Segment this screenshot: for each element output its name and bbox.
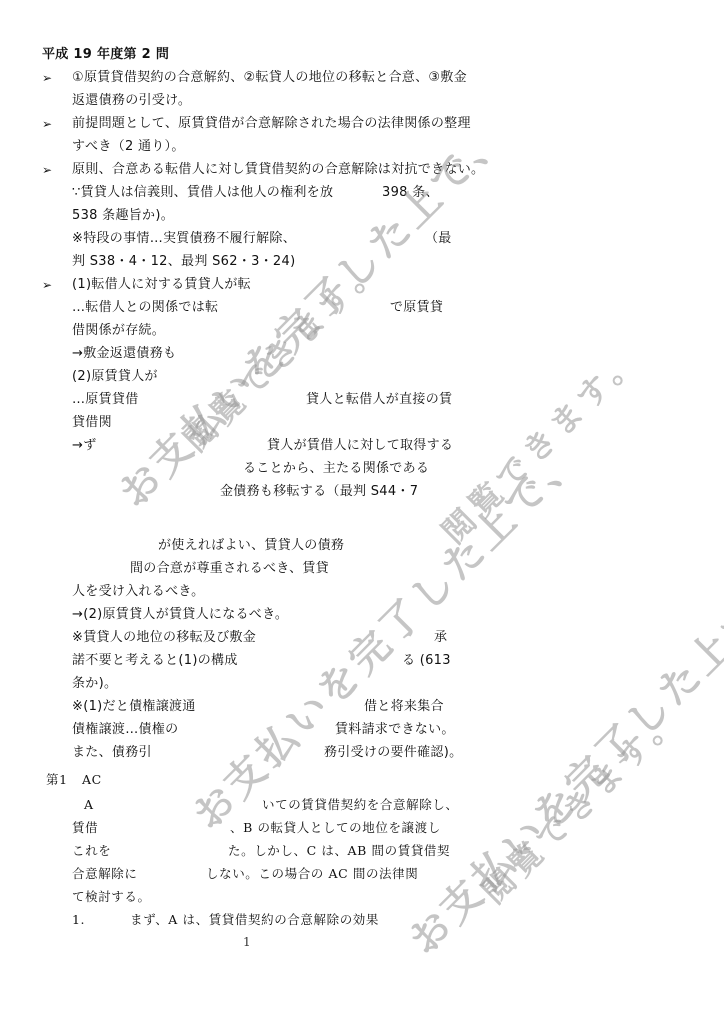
paragraph-line-right: しない。この場合の AC 間の法律関 (206, 866, 418, 882)
text-line: 前提問題として、原賃貸借が合意解除された場合の法律関係の整理 (72, 116, 471, 132)
text-line-right: 間の合意が尊重されるべき、賃貸 (130, 561, 329, 577)
bullet-icon: ➢ (42, 71, 52, 85)
text-line-right: 務引受けの要件確認)。 (324, 745, 462, 761)
watermark-line2: 閲覧できます。 (430, 334, 649, 553)
text-line: 判 S38・4・12、最判 S62・3・24) (72, 254, 295, 270)
text-line: …転借人との関係では転 (72, 300, 218, 316)
paragraph-line: A (84, 797, 94, 813)
text-line: ※賃貸人の地位の移転及び敷金 (72, 630, 256, 646)
text-line-right: 金債務も移転する（最判 S44・7 (220, 484, 418, 500)
bullet-icon: ➢ (42, 278, 52, 292)
text-line: 538 条趣旨か)。 (72, 208, 174, 224)
text-line: 借関係が存続。 (72, 323, 165, 339)
text-line: 返還債務の引受け。 (72, 93, 191, 109)
text-line: ∵賃貸人は信義則、賃借人は他人の権利を放 (72, 185, 333, 201)
page-number: 1 (243, 935, 251, 949)
text-line: ※(1)だと債権譲渡通 (72, 699, 196, 715)
document-page: 平成 19 年度第 2 問 ➢ ①原賃貸借契約の合意解約、②転貸人の地位の移転と… (0, 0, 724, 1024)
text-line: (2)原賃貸人が (72, 369, 158, 385)
text-line-right: る (613 (402, 653, 451, 669)
text-line: 債権譲渡…債権の (72, 722, 178, 738)
text-line-right: 承 (434, 630, 447, 646)
text-line: →ず (72, 438, 97, 454)
paragraph-line-right: 、B の転貸人としての地位を譲渡し (230, 820, 441, 836)
text-line: また、債務引 (72, 745, 152, 761)
paragraph-line: 賃借 (72, 820, 98, 836)
paragraph-line: て検討する。 (72, 889, 151, 905)
text-line-right: が使えればよい、賃貸人の債務 (158, 538, 344, 554)
text-line: 原則、合意ある転借人に対し賃貸借契約の合意解除は対抗できない。 (72, 162, 484, 178)
section-number: 第1 (46, 772, 68, 788)
bullet-icon: ➢ (42, 163, 52, 177)
text-line-right: で原賃貸 (390, 300, 443, 316)
list-item-text: まず、A は、賃貸借契約の合意解除の効果 (130, 912, 379, 928)
text-line: …原賃貸借 (72, 392, 139, 408)
text-line-right: 貸人と転借人が直接の賃 (306, 392, 452, 408)
paragraph-line-right: た。しかし、C は、AB 間の賃貸借契 (228, 843, 450, 859)
watermark-line2: 閲覧できます。 (470, 694, 689, 913)
text-line: ①原賃貸借契約の合意解約、②転貸人の地位の移転と合意、③敷金 (72, 70, 467, 86)
text-line: →(2)原賃貸人が賃貸人になるべき。 (72, 607, 288, 623)
text-line-right: 借と将来集合 (364, 699, 444, 715)
paragraph-line: 合意解除に (72, 866, 138, 882)
paragraph-line-right: いての賃貸借契約を合意解除し、 (262, 797, 459, 813)
text-line-right: 398 条、 (382, 185, 439, 201)
text-line-right: 賃料請求できない。 (335, 722, 455, 738)
section-title: AC (82, 772, 102, 788)
text-line: (1)転借人に対する賃貸人が転 (72, 277, 251, 293)
watermark-line2: 閲覧できます。 (172, 242, 391, 461)
text-line: 貸借関 (72, 415, 112, 431)
text-line: 人を受け入れるべき。 (72, 584, 204, 600)
text-line: →敷金返還債務も (72, 346, 176, 362)
list-item-number: 1. (72, 912, 85, 928)
text-line: 条か)。 (72, 676, 117, 692)
text-line: ※特段の事情…実質債務不履行解除、 (72, 231, 296, 247)
paragraph-line: これを (72, 843, 111, 859)
text-line: すべき（2 通り）。 (72, 139, 185, 155)
text-line-right: 貸人が賃借人に対して取得する (267, 438, 453, 454)
bullet-icon: ➢ (42, 117, 52, 131)
document-heading: 平成 19 年度第 2 問 (42, 47, 169, 63)
text-line-right: ることから、主たる関係である (243, 461, 429, 477)
text-line-right: （最 (425, 231, 452, 247)
text-line: 諾不要と考えると(1)の構成 (72, 653, 238, 669)
